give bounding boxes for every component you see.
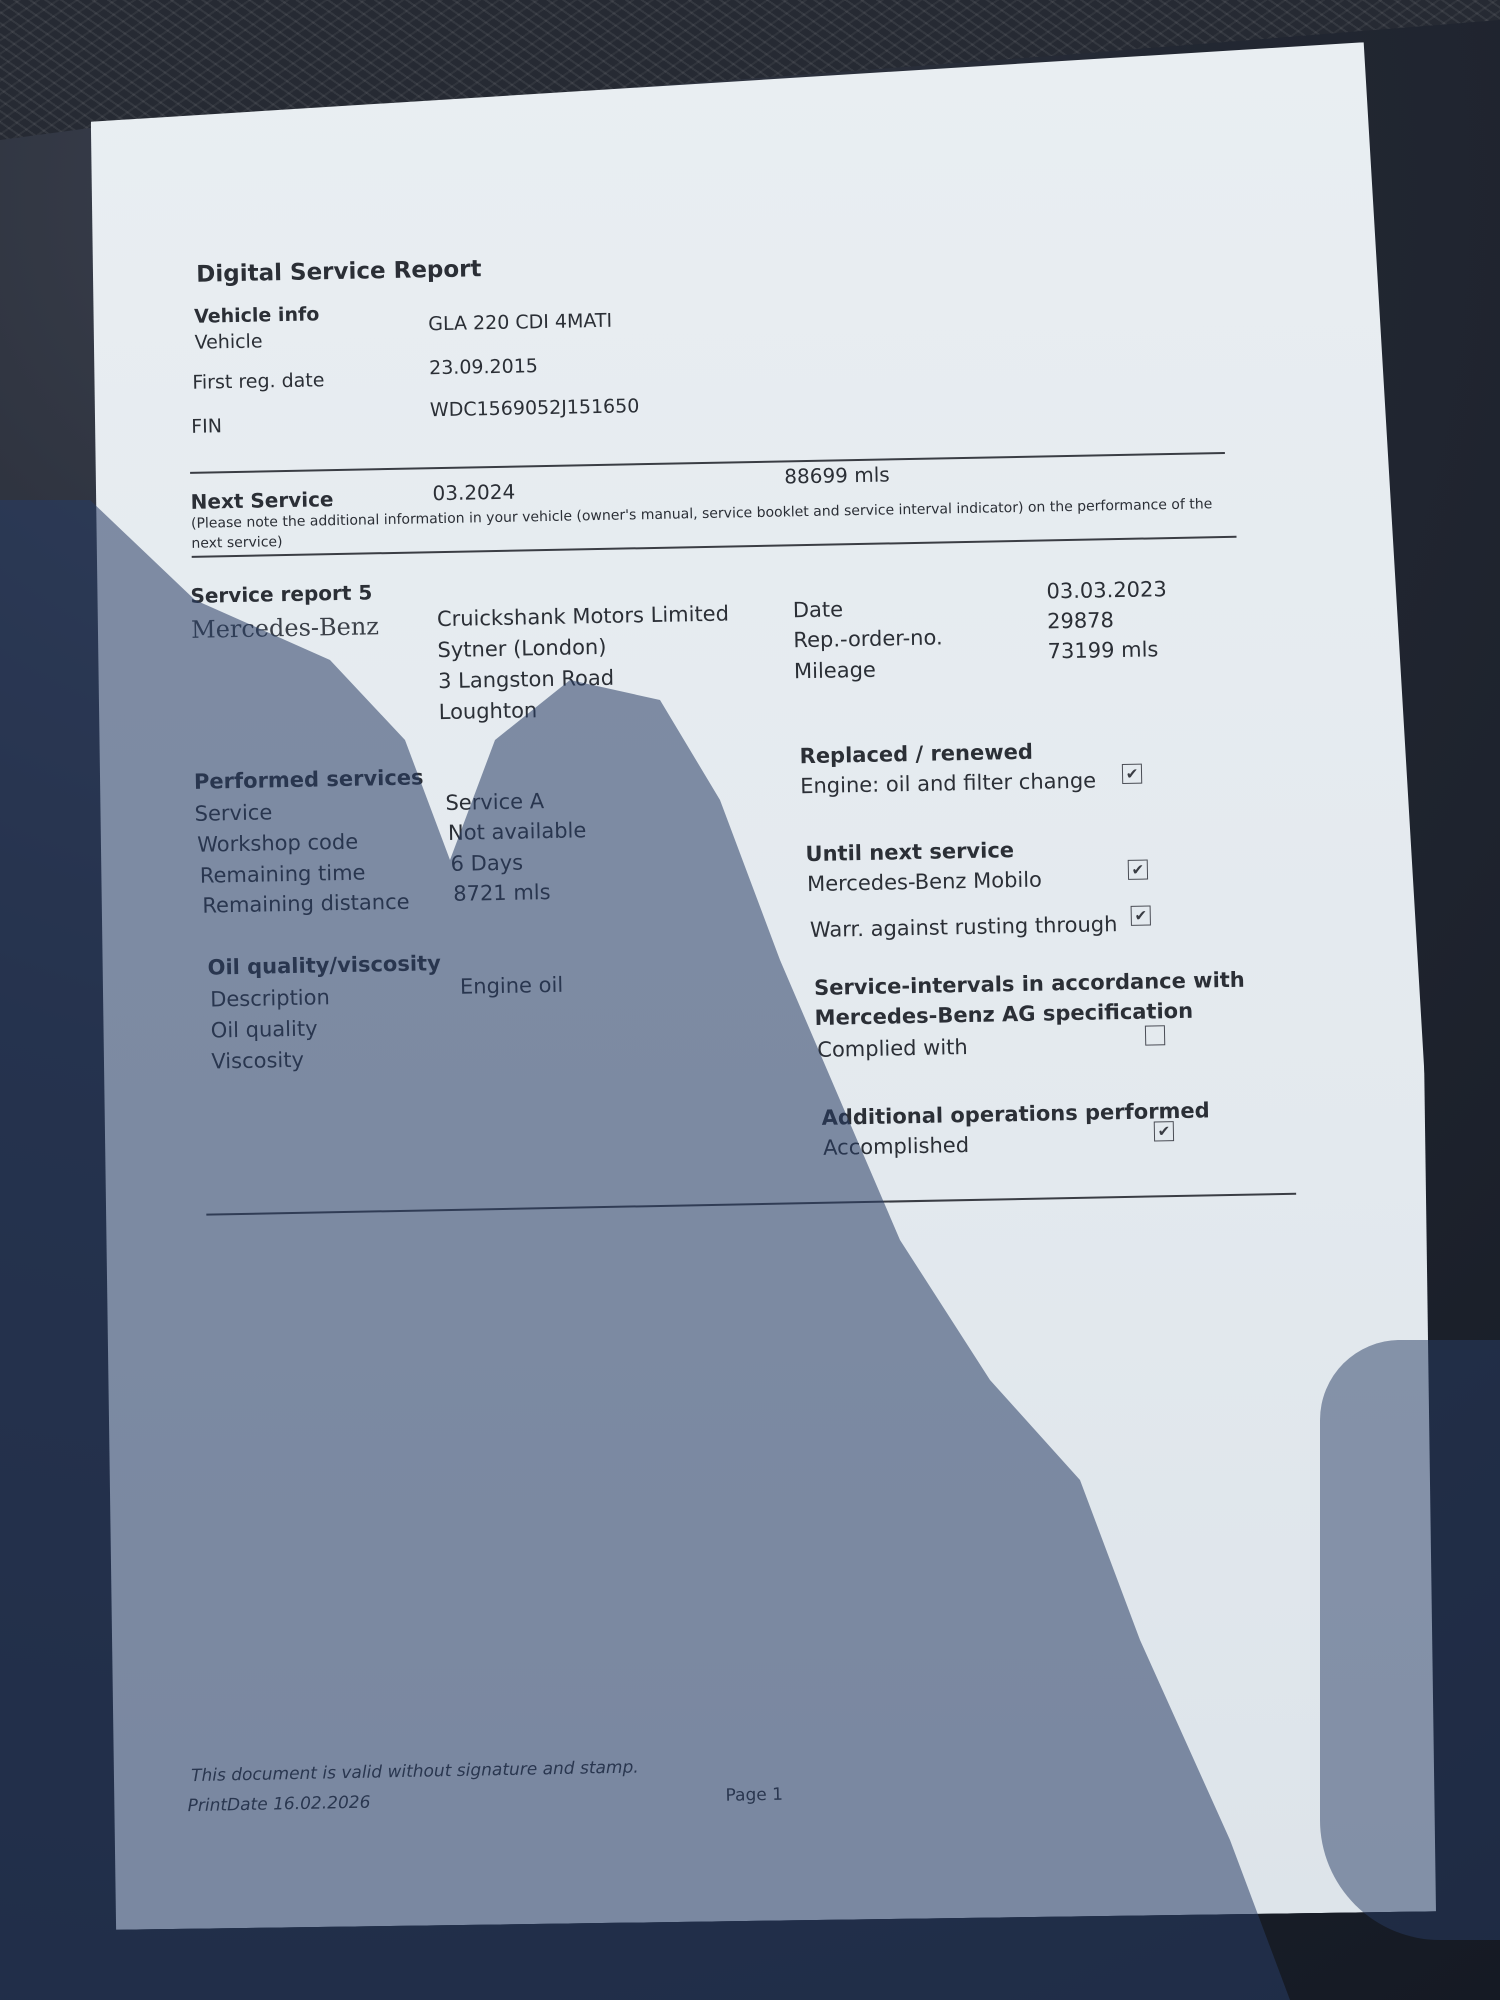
rust-warranty-label: Warr. against rusting through: [810, 912, 1118, 942]
vehicle-label: Vehicle: [194, 330, 262, 353]
vehicle-info-heading: Vehicle info: [194, 303, 320, 327]
fin-label: FIN: [191, 415, 222, 438]
service-report-document: Digital Service Report Vehicle info Vehi…: [0, 0, 1500, 2000]
mobilo-label: Mercedes-Benz Mobilo: [807, 868, 1042, 897]
page-number: Page 1: [725, 1785, 783, 1806]
service-value: Service A: [445, 789, 544, 815]
viscosity-label: Viscosity: [211, 1048, 304, 1074]
mobilo-checkbox[interactable]: ✔: [1128, 860, 1148, 880]
oil-filter-change-checkbox[interactable]: ✔: [1122, 764, 1142, 784]
complied-with-label: Complied with: [817, 1035, 968, 1062]
next-service-date: 03.2024: [432, 480, 515, 506]
dealer-line-4: Loughton: [438, 698, 537, 724]
divider: [190, 452, 1225, 474]
performed-services-heading: Performed services: [194, 765, 424, 793]
validity-note: This document is valid without signature…: [191, 1757, 639, 1786]
dealer-line-3: 3 Langston Road: [438, 666, 614, 693]
service-label: Service: [194, 800, 272, 825]
accomplished-label: Accomplished: [823, 1133, 969, 1160]
document-title: Digital Service Report: [196, 256, 482, 287]
until-next-heading: Until next service: [805, 838, 1014, 866]
complied-with-checkbox[interactable]: [1145, 1025, 1165, 1045]
remaining-distance-label: Remaining distance: [202, 890, 410, 918]
first-reg-date-label: First reg. date: [192, 369, 324, 394]
remaining-time-label: Remaining time: [200, 861, 366, 888]
mileage-label: Mileage: [794, 658, 876, 684]
intervals-heading-line-2: Mercedes-Benz AG specification: [814, 999, 1193, 1030]
dealer-line-2: Sytner (London): [437, 635, 606, 662]
print-date: PrintDate 16.02.2026: [187, 1793, 370, 1817]
brand-name: Mercedes-Benz: [191, 612, 379, 644]
date-label: Date: [793, 597, 844, 622]
vehicle-value: GLA 220 CDI 4MATI: [428, 310, 612, 336]
next-service-mileage: 88699 mls: [784, 462, 890, 488]
service-report-heading: Service report 5: [190, 580, 372, 607]
oil-quality-label: Oil quality: [211, 1017, 318, 1043]
divider: [192, 536, 1237, 558]
next-service-label: Next Service: [190, 487, 333, 514]
description-value: Engine oil: [460, 973, 564, 999]
description-label: Description: [210, 985, 330, 1011]
next-service-note: (Please note the additional information …: [191, 496, 1212, 532]
next-service-note-cont: next service): [191, 534, 282, 552]
workshop-code-value: Not available: [448, 818, 587, 845]
workshop-code-label: Workshop code: [197, 830, 358, 857]
rep-order-value: 29878: [1047, 608, 1114, 633]
intervals-heading-line-1: Service-intervals in accordance with: [814, 968, 1245, 1000]
additional-ops-heading: Additional operations performed: [821, 1098, 1210, 1129]
remaining-distance-value: 8721 mls: [453, 880, 551, 906]
accomplished-checkbox[interactable]: ✔: [1154, 1121, 1174, 1141]
fin-value: WDC1569052J151650: [430, 395, 640, 421]
dealer-line-1: Cruickshank Motors Limited: [437, 602, 729, 632]
mileage-value: 73199 mls: [1047, 637, 1158, 663]
first-reg-date-value: 23.09.2015: [429, 355, 538, 379]
rep-order-label: Rep.-order-no.: [793, 625, 943, 652]
remaining-time-value: 6 Days: [450, 851, 523, 876]
rust-warranty-checkbox[interactable]: ✔: [1131, 905, 1151, 925]
date-value: 03.03.2023: [1046, 577, 1167, 603]
oil-heading: Oil quality/viscosity: [207, 951, 441, 979]
divider: [206, 1193, 1296, 1216]
oil-filter-change-label: Engine: oil and filter change: [800, 769, 1096, 799]
replaced-heading: Replaced / renewed: [799, 740, 1033, 768]
